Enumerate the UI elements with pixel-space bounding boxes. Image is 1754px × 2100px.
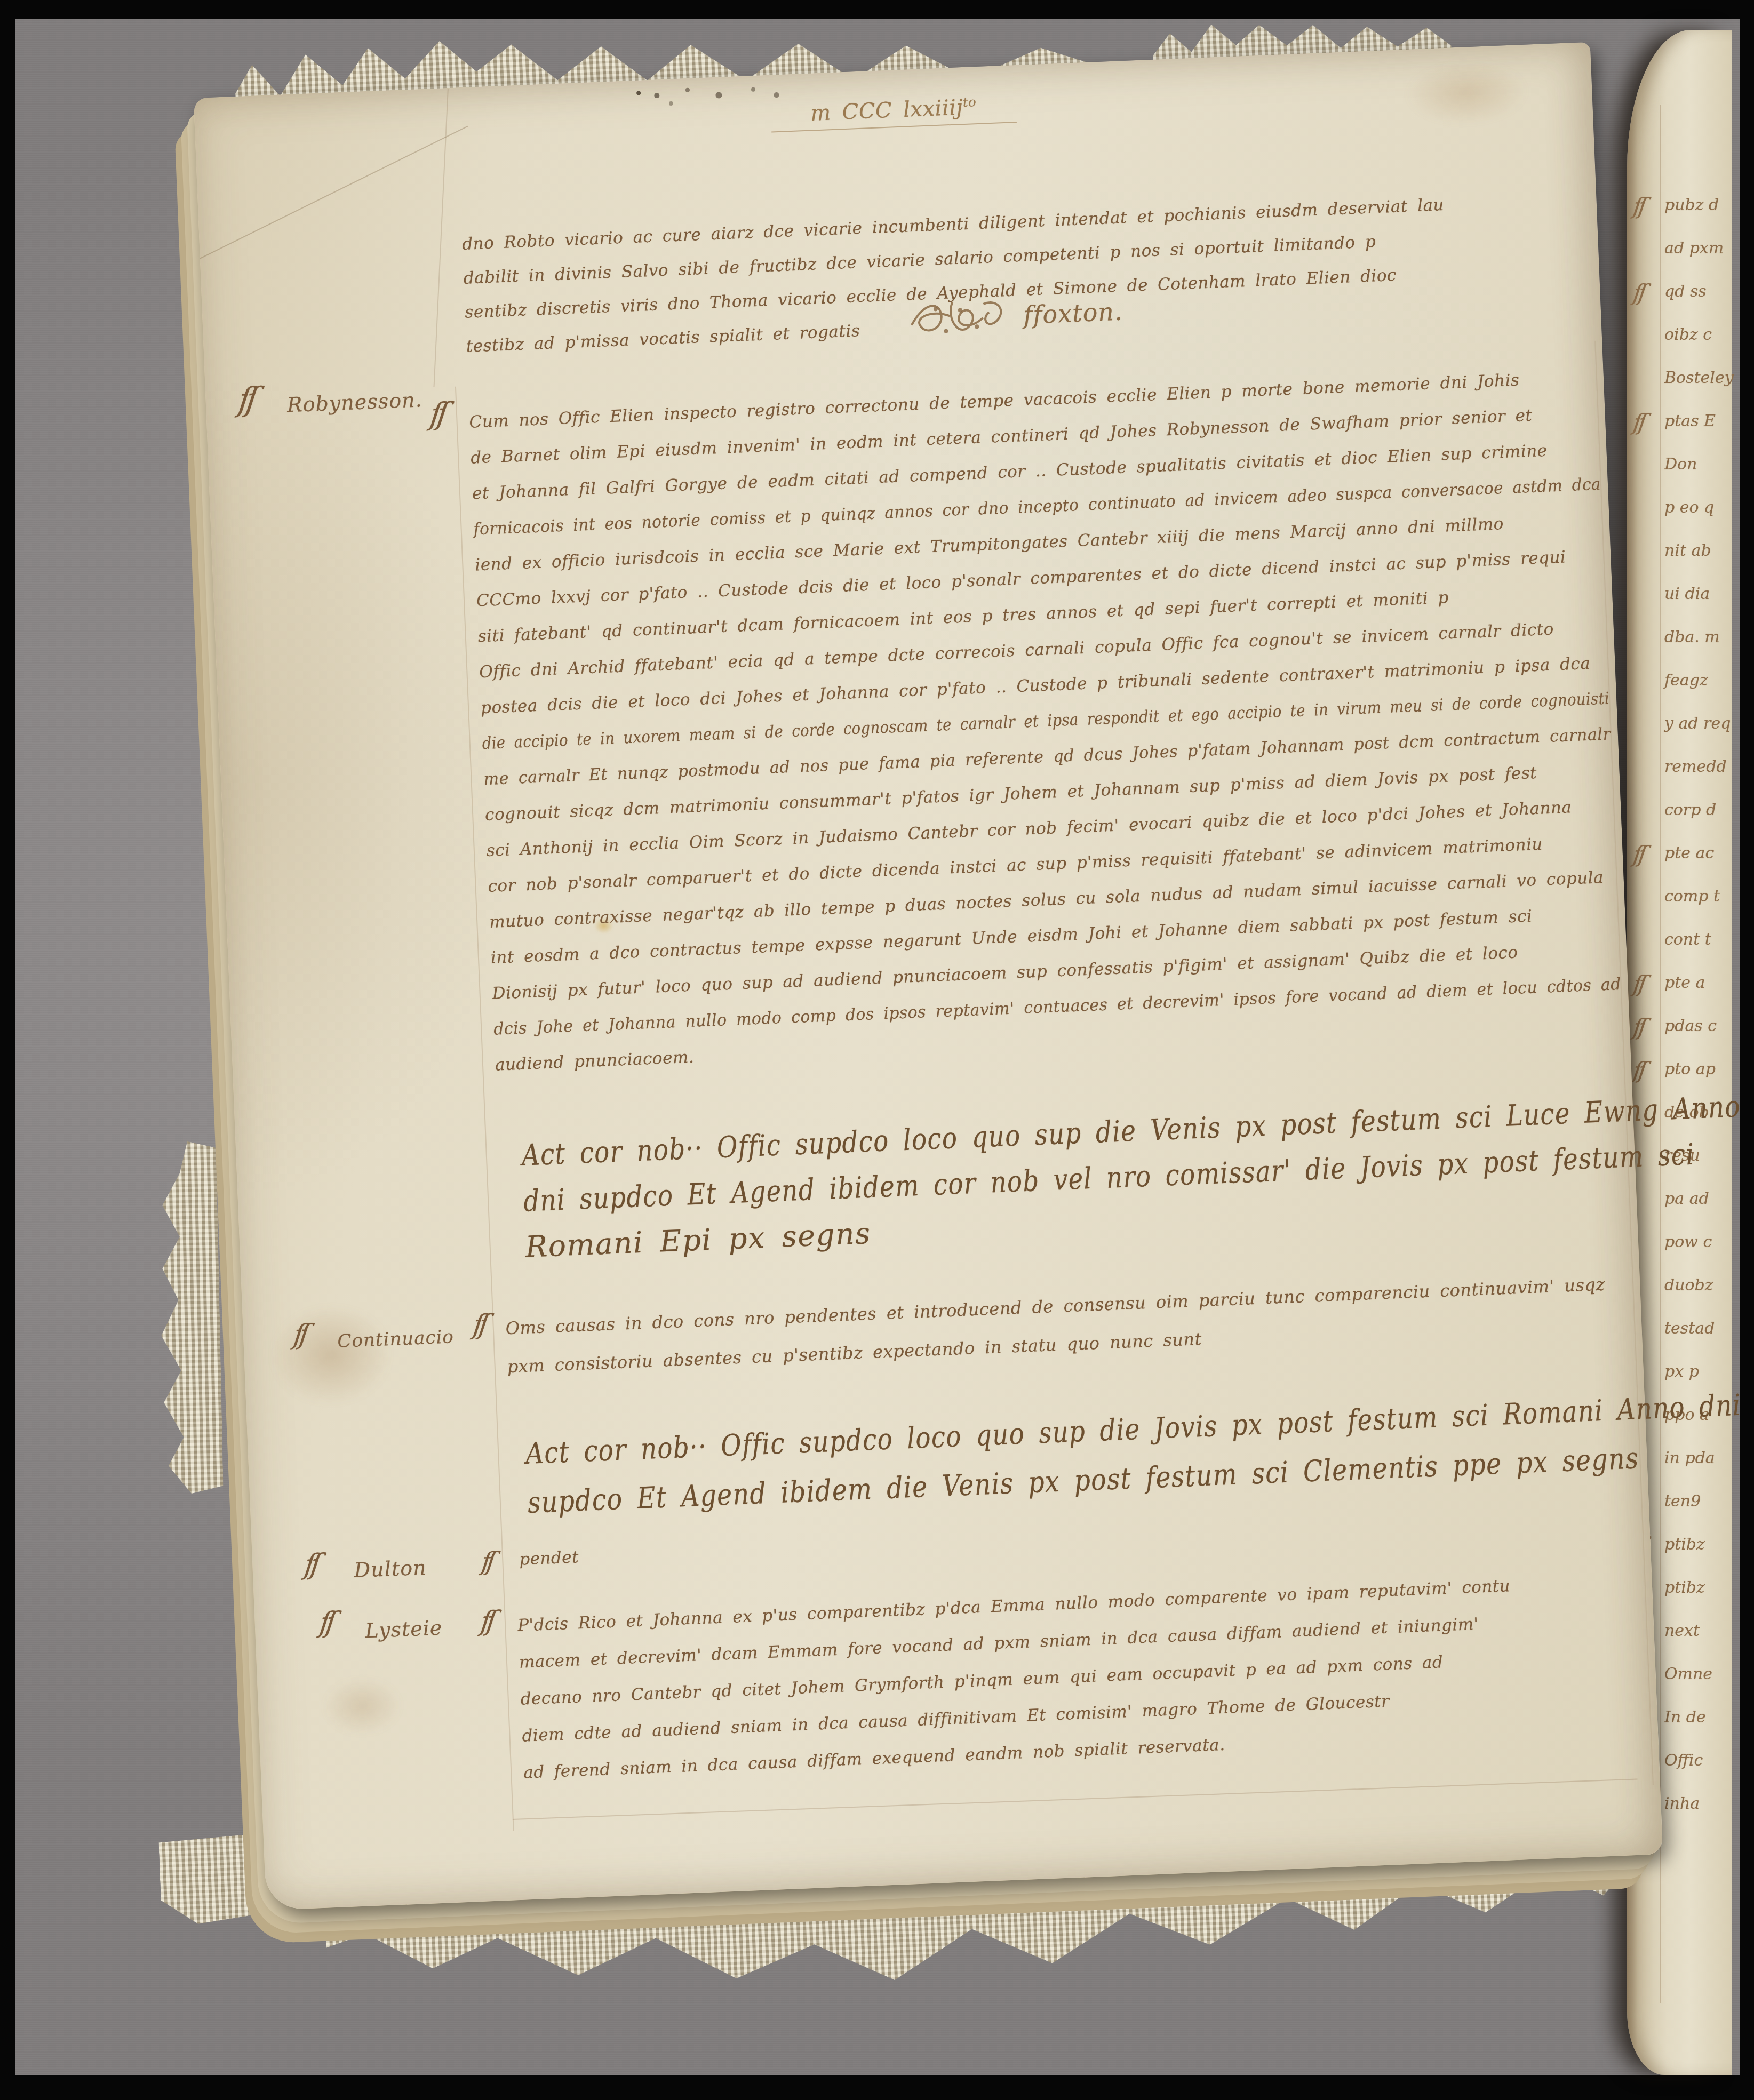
fragment-text: px p (1664, 1362, 1699, 1381)
fragment-text: Don (1664, 455, 1697, 474)
next-folio-fragment-line: ſſ qd ss (1627, 270, 1732, 313)
pilcrow-mark: ſſ (1630, 401, 1646, 444)
next-folio-fragment-line: ſſ remedd (1627, 745, 1732, 788)
acta-heading-2: Act cor nob·· Offic supdco loco quo sup … (524, 1384, 1640, 1527)
margin-note-dulton: Dulton (354, 1556, 427, 1582)
fragment-text: Omne (1664, 1665, 1712, 1683)
fragment-text: pte a (1664, 973, 1705, 992)
pilcrow-mark: ſſ (1630, 1005, 1646, 1049)
pilcrow-mark: ſſ (1630, 271, 1646, 314)
fragment-text: ptibz (1664, 1578, 1705, 1597)
folio-number-superscript: to (962, 94, 976, 110)
folio-number: m CCC lxxiiijto (770, 93, 1017, 133)
pilcrow-mark: ſſ (302, 1548, 319, 1581)
fragment-text: testad (1664, 1319, 1715, 1338)
fragment-text: ptibz (1664, 1535, 1705, 1554)
parchment-stain (1404, 59, 1529, 127)
manuscript-book: m CCC lxxiiijto dno Robto vicario ac cur… (194, 42, 1663, 1910)
margin-note-lysteie: Lysteie (365, 1616, 443, 1643)
pilcrow-mark: ſſ (236, 381, 257, 419)
fragment-text: pa ad (1664, 1189, 1709, 1208)
fragment-text: Offic (1664, 1751, 1703, 1770)
parchment-page: m CCC lxxiiijto dno Robto vicario ac cur… (194, 42, 1663, 1910)
manuscript-photograph: { "manuscript": { "backdrop_color": "#8f… (0, 0, 1754, 2100)
fragment-text: p eo q (1664, 498, 1714, 517)
next-folio-fragment-line: ſſ feagz (1627, 659, 1732, 702)
dulton-entry-text: P'dcis Rico et Johanna ex p'us comparent… (517, 1563, 1644, 1792)
robynesson-entry-text: Cum nos Offic Elien inspecto registro co… (468, 360, 1623, 1083)
fragment-text: dba. m (1664, 628, 1720, 646)
next-folio-fragment-line: ſſ ptas E (1627, 400, 1732, 443)
fragment-text: feagz (1664, 671, 1708, 690)
pilcrow-mark: ſſ (428, 396, 447, 432)
margin-note-robynesson: Robynesson. (286, 388, 422, 417)
next-folio-fragment-line: ſſ Don (1627, 443, 1732, 486)
fragment-text: pdas c (1664, 1017, 1717, 1035)
fragment-text: remedd (1664, 757, 1727, 776)
notary-subscription: ffoxton. (907, 282, 1123, 349)
next-folio-fragment-line: ſſ pte a (1627, 961, 1732, 1004)
fragment-text: ten9 (1664, 1492, 1701, 1511)
fragment-text: corp d (1664, 801, 1716, 819)
margin-note-continuacio: Continuacio (337, 1326, 455, 1352)
pilcrow-mark: ſſ (1630, 1049, 1646, 1092)
next-folio-fragment-line: ſſ oibz c (1627, 313, 1732, 356)
acta-heading-1: Act cor nob·· Offic supdco loco quo sup … (521, 1088, 1630, 1270)
continuacio-entry-text: Oms causas in dco cons nro pendentes et … (505, 1264, 1632, 1386)
fragment-text: ad pxm (1664, 239, 1724, 258)
fragment-text: inha (1664, 1794, 1700, 1813)
fragment-text: Bosteley (1664, 369, 1734, 387)
next-folio-fragment-line: ſſ pto ap (1627, 1048, 1732, 1091)
fragment-text: duobz (1664, 1276, 1713, 1295)
next-folio-fragment-line: ſſ pa ad (1627, 1177, 1732, 1220)
next-folio-fragment-line: ſſ duobz (1627, 1264, 1732, 1307)
pilcrow-mark: ſſ (479, 1606, 495, 1637)
next-folio-fragment-line: ſſ p eo q (1627, 486, 1732, 529)
pilcrow-mark: ſſ (1630, 833, 1646, 876)
fragment-text: qd ss (1664, 282, 1707, 301)
fragment-text: next (1664, 1622, 1700, 1640)
next-folio-fragment-line: ſſ testad (1627, 1307, 1732, 1350)
fragment-text: In de (1664, 1708, 1706, 1727)
next-folio-fragment-line: ſſ pow c (1627, 1220, 1732, 1264)
next-folio-fragment-line: ſſ ad pxm (1627, 227, 1732, 270)
parchment-stain (268, 1302, 394, 1408)
next-folio-fragment-line: ſſ pdas c (1627, 1004, 1732, 1048)
fragment-text: ui dia (1664, 585, 1710, 603)
vertical-crease (434, 89, 449, 387)
fragment-text: nit ab (1664, 541, 1711, 560)
fragment-text: pto ap (1664, 1060, 1716, 1079)
pilcrow-mark: ſſ (318, 1607, 334, 1639)
fragment-text: pubz d (1664, 196, 1719, 214)
fragment-text: comp t (1664, 887, 1720, 906)
corner-fold-crease (200, 126, 468, 259)
next-folio-fragment-line: ſſ ui dia (1627, 572, 1732, 616)
next-folio-fragment-line: ſſ nit ab (1627, 529, 1732, 572)
folio-number-numeral: m CCC lxxiiij (810, 95, 963, 125)
fragment-text: pte ac (1664, 844, 1714, 863)
notary-name: ffoxton. (1023, 297, 1123, 329)
fragment-text: in pda (1664, 1449, 1715, 1467)
next-folio-fragment-line: ſſ Bosteley (1627, 356, 1732, 400)
next-folio-fragment-line: ſſ comp t (1627, 875, 1732, 918)
notary-flourish-icon (907, 290, 1011, 346)
pilcrow-mark: ſſ (480, 1547, 493, 1576)
fragment-text: cont t (1664, 930, 1711, 949)
next-folio-fragment-line: ſſ pte ac (1627, 832, 1732, 875)
next-folio-fragment-line: ſſ corp d (1627, 788, 1732, 832)
fragment-text: pow c (1664, 1233, 1712, 1251)
fragment-text: oibz c (1664, 325, 1712, 344)
pilcrow-mark: ſſ (1630, 962, 1646, 1005)
parchment-stain (321, 1675, 403, 1737)
next-folio-fragment-line: ſſ pubz d (1627, 183, 1732, 227)
next-folio-fragment-line: ſſ dba. m (1627, 616, 1732, 659)
fragment-text: y ad req (1664, 714, 1731, 733)
pilcrow-mark: ſſ (1630, 185, 1646, 228)
pendet-note: pendet (519, 1547, 579, 1569)
next-folio-fragment-line: ſſ y ad req (1627, 702, 1732, 745)
ink-specks (636, 91, 641, 95)
pilcrow-mark: ſſ (472, 1309, 487, 1340)
fragment-text: ptas E (1664, 412, 1716, 430)
next-folio-fragment-line: ſſ cont t (1627, 918, 1732, 961)
